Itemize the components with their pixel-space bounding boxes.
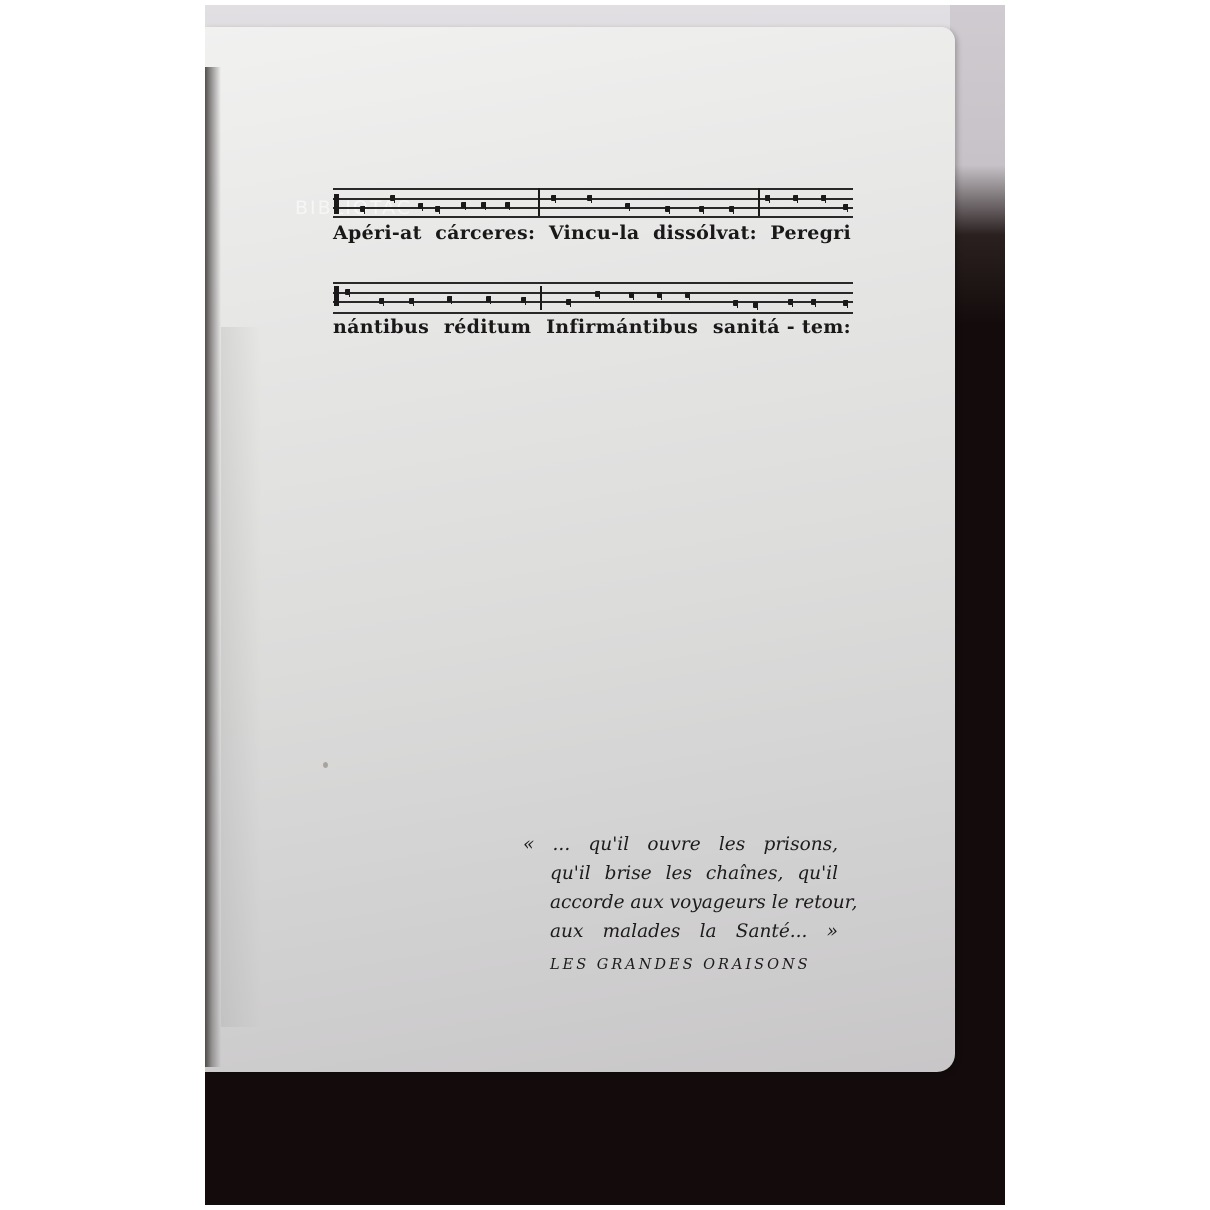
quote-line: accorde aux voyageurs le retour,	[523, 888, 838, 917]
neume-icon	[625, 203, 630, 209]
neume-icon	[435, 206, 440, 212]
neume-icon	[843, 300, 848, 306]
neume-icon	[765, 195, 770, 201]
bar-line	[540, 286, 542, 310]
quote-attribution: LES GRANDES ORAISONS	[550, 957, 835, 973]
backdrop-shadow	[950, 5, 1005, 1205]
music-staff-2	[333, 279, 855, 313]
lyric-word: réditum	[444, 316, 531, 338]
lyric-word: Vincu-la	[549, 222, 640, 244]
neume-icon	[379, 298, 384, 304]
lyric-word: nántibus	[333, 316, 429, 338]
neume-icon	[566, 299, 571, 305]
staff-line	[333, 198, 853, 200]
quote-line: qu'il brise les chaînes, qu'il	[523, 859, 838, 888]
bar-line	[538, 188, 540, 216]
neume-icon	[409, 298, 414, 304]
bar-line	[758, 188, 760, 216]
staff-line	[333, 312, 853, 314]
neume-icon	[733, 300, 738, 306]
neume-icon	[753, 302, 758, 308]
photograph: BIBLIOTAC	[205, 5, 1005, 1205]
staff-line	[333, 282, 853, 284]
quote-line: aux malades la Santé... »	[523, 917, 838, 946]
neume-icon	[657, 292, 662, 298]
paper-spot	[323, 762, 328, 768]
chant-lyrics-2: nántibus réditum Infirmántibus sanitá - …	[333, 316, 851, 338]
neume-icon	[360, 206, 365, 212]
staff-line	[333, 216, 853, 218]
neume-icon	[665, 206, 670, 212]
chant-line-2: nántibus réditum Infirmántibus sanitá - …	[333, 279, 855, 338]
neume-icon	[788, 299, 793, 305]
neume-icon	[390, 195, 395, 201]
chant-line-1: Apéri-at cárceres: Vincu-la dissólvat: P…	[333, 185, 855, 244]
neume-icon	[481, 202, 486, 208]
lyric-word: Apéri-at	[333, 222, 422, 244]
neume-icon	[811, 299, 816, 305]
staff-line	[333, 292, 853, 294]
lyric-word: Peregri	[770, 222, 851, 244]
neume-icon	[447, 296, 452, 302]
neume-icon	[486, 296, 491, 302]
staff-line	[333, 207, 853, 209]
chant-lyrics-1: Apéri-at cárceres: Vincu-la dissólvat: P…	[333, 222, 851, 244]
neume-icon	[418, 203, 423, 209]
neume-icon	[345, 289, 350, 295]
neume-icon	[595, 291, 600, 297]
music-staff-1	[333, 185, 855, 219]
lyric-word: sanitá - tem:	[713, 316, 851, 338]
neume-icon	[699, 206, 704, 212]
book-page: BIBLIOTAC	[205, 27, 955, 1072]
lyric-word: cárceres:	[435, 222, 535, 244]
lyric-word: Infirmántibus	[546, 316, 698, 338]
neume-icon	[629, 292, 634, 298]
c-clef-icon	[334, 286, 339, 306]
c-clef-icon	[334, 194, 339, 214]
lyric-word: dissólvat:	[653, 222, 757, 244]
neume-icon	[505, 202, 510, 208]
neume-icon	[821, 195, 826, 201]
neume-icon	[587, 195, 592, 201]
custos-icon	[843, 204, 848, 210]
neume-icon	[521, 297, 526, 303]
staff-line	[333, 188, 853, 190]
neume-icon	[461, 202, 466, 208]
neume-icon	[551, 195, 556, 201]
quote-line: « ... qu'il ouvre les prisons,	[523, 830, 838, 859]
neume-icon	[685, 292, 690, 298]
neume-icon	[729, 206, 734, 212]
neume-icon	[793, 195, 798, 201]
quotation: « ... qu'il ouvre les prisons, qu'il bri…	[523, 830, 838, 946]
